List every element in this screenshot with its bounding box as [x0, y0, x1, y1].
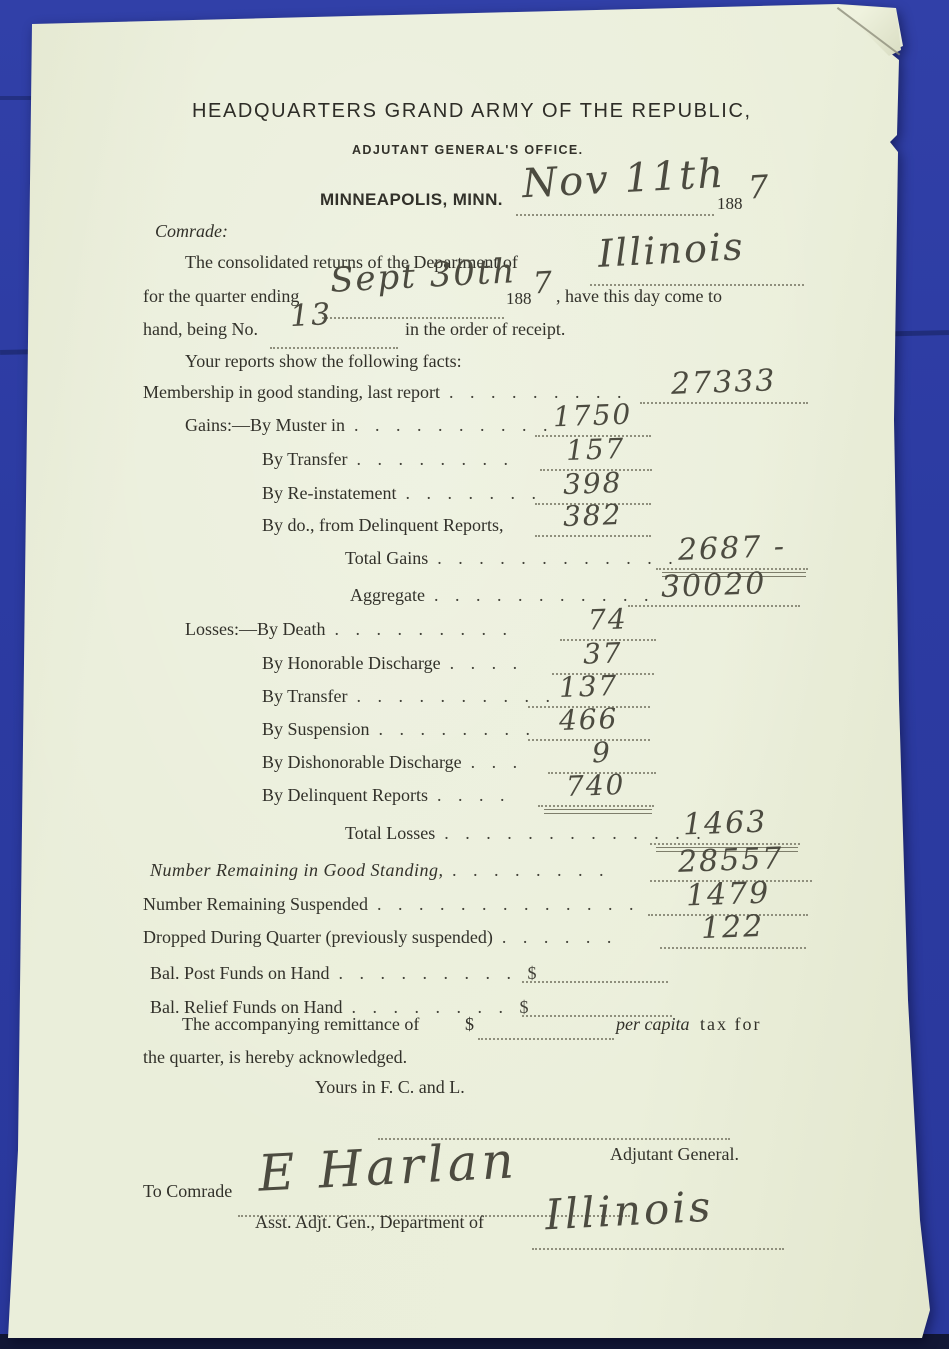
place-line: MINNEAPOLIS, MINN.	[320, 190, 503, 210]
row-label: By Honorable Discharge	[262, 653, 441, 673]
handwritten-receipt-number: 13	[289, 297, 333, 334]
paper-surface: HEADQUARTERS GRAND ARMY OF THE REPUBLIC,…	[0, 0, 949, 1349]
blank-amount-line	[522, 953, 668, 983]
handwritten-year-digit: 7	[747, 167, 771, 206]
dot-leader: . . . . . . . .	[357, 449, 515, 469]
remittance-line2: the quarter, is hereby acknowledged.	[143, 1047, 407, 1068]
handwritten-department: Illinois	[597, 224, 746, 276]
dot-leader: . . . . . .	[502, 927, 618, 947]
row-label: Bal. Post Funds on Hand	[150, 963, 330, 983]
row-label: Gains:—By Muster in	[185, 415, 345, 435]
dot-leader: . . . . . . . .	[453, 860, 611, 880]
intro-line2a: for the quarter ending	[143, 286, 299, 307]
row-label: By Transfer	[262, 686, 348, 706]
printed-year-prefix-2: 188	[506, 289, 532, 309]
date-fill-line	[516, 212, 714, 216]
paper-sheet: HEADQUARTERS GRAND ARMY OF THE REPUBLIC,…	[0, 0, 949, 1349]
row-label: By Dishonorable Discharge	[262, 752, 462, 772]
handwritten-quarter-end: Sept 30th	[329, 251, 517, 301]
per-capita-italic: per capita	[616, 1014, 690, 1035]
row-label: Total Losses	[345, 823, 435, 843]
signature-title: Adjutant General.	[610, 1144, 739, 1165]
department-sig-fill-line	[532, 1246, 784, 1250]
remittance-line1b: tax for	[700, 1014, 761, 1035]
row-label: Number Remaining in Good Standing,	[150, 860, 444, 880]
row-label: Aggregate	[350, 585, 425, 605]
intro-line3b: in the order of receipt.	[405, 319, 565, 340]
row-label: By Delinquent Reports	[262, 785, 428, 805]
row-label: By Re-instatement	[262, 483, 396, 503]
handwritten-value: 74	[560, 603, 656, 641]
row-label: Total Gains	[345, 548, 428, 568]
handwritten-value: 30020	[628, 569, 800, 607]
intro-line3a: hand, being No.	[143, 319, 258, 340]
row-label: By do., from Delinquent Reports,	[262, 515, 503, 535]
remittance-amount-line	[478, 1036, 614, 1040]
dot-leader: . . . .	[437, 785, 511, 805]
dot-leader: . . . . . . . . .	[334, 619, 513, 639]
to-comrade-label: To Comrade	[143, 1181, 232, 1202]
dot-leader: . . . . . . . . . . . . .	[377, 894, 640, 914]
dot-leader: . . . . . . . . . .	[354, 415, 554, 435]
handwritten-value: 2687 -	[656, 532, 808, 570]
facts-heading: Your reports show the following facts:	[185, 351, 462, 372]
row-label: Membership in good standing, last report	[143, 382, 440, 402]
dot-leader: . . .	[471, 752, 524, 772]
dot-leader: . . . . . . . . . $	[339, 963, 543, 983]
remittance-line1: The accompanying remittance of	[182, 1014, 419, 1035]
dot-leader: . . . . . . .	[405, 483, 542, 503]
row-label: Dropped During Quarter (previously suspe…	[143, 927, 493, 947]
row-label: Number Remaining Suspended	[143, 894, 368, 914]
handwritten-recipient-name: E Harlan	[257, 1131, 519, 1203]
dot-leader: . . . . . . . . . .	[357, 686, 557, 706]
closing-line: Yours in F. C. and L.	[315, 1077, 465, 1098]
photo-of-document: HEADQUARTERS GRAND ARMY OF THE REPUBLIC,…	[0, 0, 949, 1349]
row-label: Losses:—By Death	[185, 619, 325, 639]
dollar-sign: $	[465, 1014, 474, 1035]
handwritten-value: 27333	[640, 366, 808, 404]
document-title: HEADQUARTERS GRAND ARMY OF THE REPUBLIC,	[192, 100, 752, 123]
intro-line2b: , have this day come to	[556, 286, 722, 307]
row-label: By Transfer	[262, 449, 348, 469]
handwritten-value: 1463	[650, 807, 800, 845]
dot-leader: . . . . . . . . . . . .	[437, 548, 679, 568]
row-label: By Suspension	[262, 719, 370, 739]
handwritten-date: Nov 11th	[521, 151, 726, 208]
blank-amount-line	[522, 987, 672, 1017]
handwritten-value: 122	[660, 911, 806, 949]
handwritten-value: 1750	[535, 399, 651, 437]
handwritten-value: 157	[540, 433, 652, 471]
handwritten-department-sig: Illinois	[544, 1182, 715, 1240]
handwritten-year-digit-2: 7	[532, 265, 555, 301]
asst-adjt-gen-label: Asst. Adjt. Gen., Department of	[255, 1212, 484, 1233]
receipt-number-fill-line	[270, 345, 398, 349]
office-subtitle: ADJUTANT GENERAL'S OFFICE.	[352, 143, 584, 157]
dot-leader: . . . .	[450, 653, 524, 673]
handwritten-value: 382	[535, 499, 651, 537]
dot-leader: . . . . . . . .	[379, 719, 537, 739]
printed-year-prefix: 188	[717, 194, 743, 214]
handwritten-value: 740	[538, 769, 654, 807]
salutation: Comrade:	[155, 221, 228, 242]
